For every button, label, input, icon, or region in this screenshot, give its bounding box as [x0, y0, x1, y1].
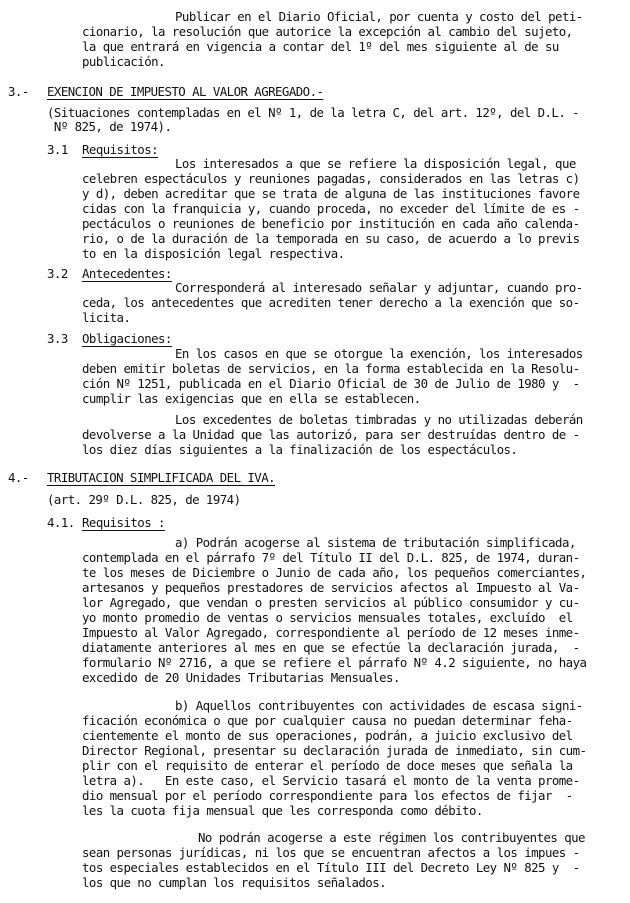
text-line: Corresponderá al interesado señalar y ad…: [175, 280, 583, 295]
subsection-heading: Obligaciones:: [82, 331, 172, 346]
text-line: publicación.: [82, 54, 165, 69]
subsection-number: 3.2: [47, 266, 68, 281]
text-line: cientemente el monto de sus operaciones,…: [82, 728, 573, 743]
text-line: No podrán acogerse a este régimen los co…: [198, 830, 585, 845]
section-subtitle: (Situaciones contempladas en el Nº 1, de…: [47, 105, 579, 120]
text-line: Los excedentes de boletas timbradas y no…: [175, 412, 583, 427]
text-line: ficación económica o que por cualquier c…: [82, 713, 573, 728]
text-line: En los casos en que se otorgue la exenci…: [175, 346, 583, 361]
text-line: b) Aquellos contribuyentes con actividad…: [175, 698, 583, 713]
text-line: pectáculos o reuniones de beneficio por …: [82, 216, 580, 231]
text-line: ceda, los antecedentes que acrediten ten…: [82, 295, 580, 310]
text-line: los que no cumplan los requisitos señala…: [82, 875, 386, 890]
text-line: cumplir las exigencias que en ella se es…: [82, 391, 421, 406]
text-line: yo monto promedio de ventas o servicios …: [82, 610, 573, 625]
subsection-number: 4.1.: [47, 515, 75, 530]
subsection-heading: Antecedentes:: [82, 266, 172, 281]
text-line: les la cuota fija mensual que les corres…: [82, 803, 483, 818]
subsection-heading: Requisitos:: [82, 142, 158, 157]
section-subtitle: (art. 29º D.L. 825, de 1974): [47, 492, 240, 507]
text-line: Director Regional, presentar su declarac…: [82, 743, 586, 758]
section-title: EXENCION DE IMPUESTO AL VALOR AGREGADO.-: [47, 84, 323, 99]
text-line: deben emitir boletas de servicios, en la…: [82, 361, 580, 376]
text-line: rio, o de la duración de la temporada en…: [82, 231, 580, 246]
text-line: lor Agregado, que vendan o presten servi…: [82, 595, 580, 610]
text-line: Publicar en el Diario Oficial, por cuent…: [175, 9, 583, 24]
subsection-number: 3.1: [47, 142, 68, 157]
text-line: to en la disposición legal respectiva.: [82, 246, 345, 261]
text-line: y d), deben acreditar que se trata de al…: [82, 186, 580, 201]
section-number: 4.-: [8, 470, 29, 485]
text-line: licita.: [82, 310, 130, 325]
text-line: te los meses de Diciembre o Junio de cad…: [82, 565, 586, 580]
text-line: tos especiales establecidos en el Título…: [82, 860, 580, 875]
text-line: dio mensual por el período correspondien…: [82, 788, 573, 803]
text-line: artesanos y pequeños prestadores de serv…: [82, 580, 580, 595]
text-line: devolverse a la Unidad que las autorizó,…: [82, 427, 580, 442]
subsection-heading: Requisitos :: [82, 515, 165, 530]
text-line: letra a). En este caso, el Servicio tasa…: [82, 773, 580, 788]
text-line: Impuesto al Valor Agregado, correspondie…: [82, 625, 580, 640]
text-line: contemplada en el párrafo 7º del Título …: [82, 550, 580, 565]
text-line: los diez días siguientes a la finalizaci…: [82, 442, 517, 457]
section-title: TRIBUTACION SIMPLIFICADA DEL IVA.: [47, 470, 275, 485]
text-line: cionario, la resolución que autorice la …: [82, 24, 573, 39]
text-line: celebren espectáculos y reuniones pagada…: [82, 171, 580, 186]
text-line: sean personas jurídicas, ni los que se e…: [82, 845, 580, 860]
text-line: la que entrará en vigencia a contar del …: [82, 39, 559, 54]
subsection-number: 3.3: [47, 331, 68, 346]
text-line: ción Nº 1251, publicada en el Diario Ofi…: [82, 376, 580, 391]
text-line: diatamente anteriores al mes en que se e…: [82, 640, 580, 655]
text-line: cidas con la franquicia y, cuando proced…: [82, 201, 580, 216]
text-line: excedido de 20 Unidades Tributarias Mens…: [82, 670, 400, 685]
section-number: 3.-: [8, 84, 29, 99]
text-line: Los interesados a que se refiere la disp…: [175, 156, 576, 171]
text-line: plir con el requisito de enterar el perí…: [82, 758, 573, 773]
text-line: formulario Nº 2716, a que se refiere el …: [82, 655, 586, 670]
text-line: a) Podrán acogerse al sistema de tributa…: [175, 535, 576, 550]
section-subtitle: Nº 825, de 1974).: [47, 119, 171, 134]
